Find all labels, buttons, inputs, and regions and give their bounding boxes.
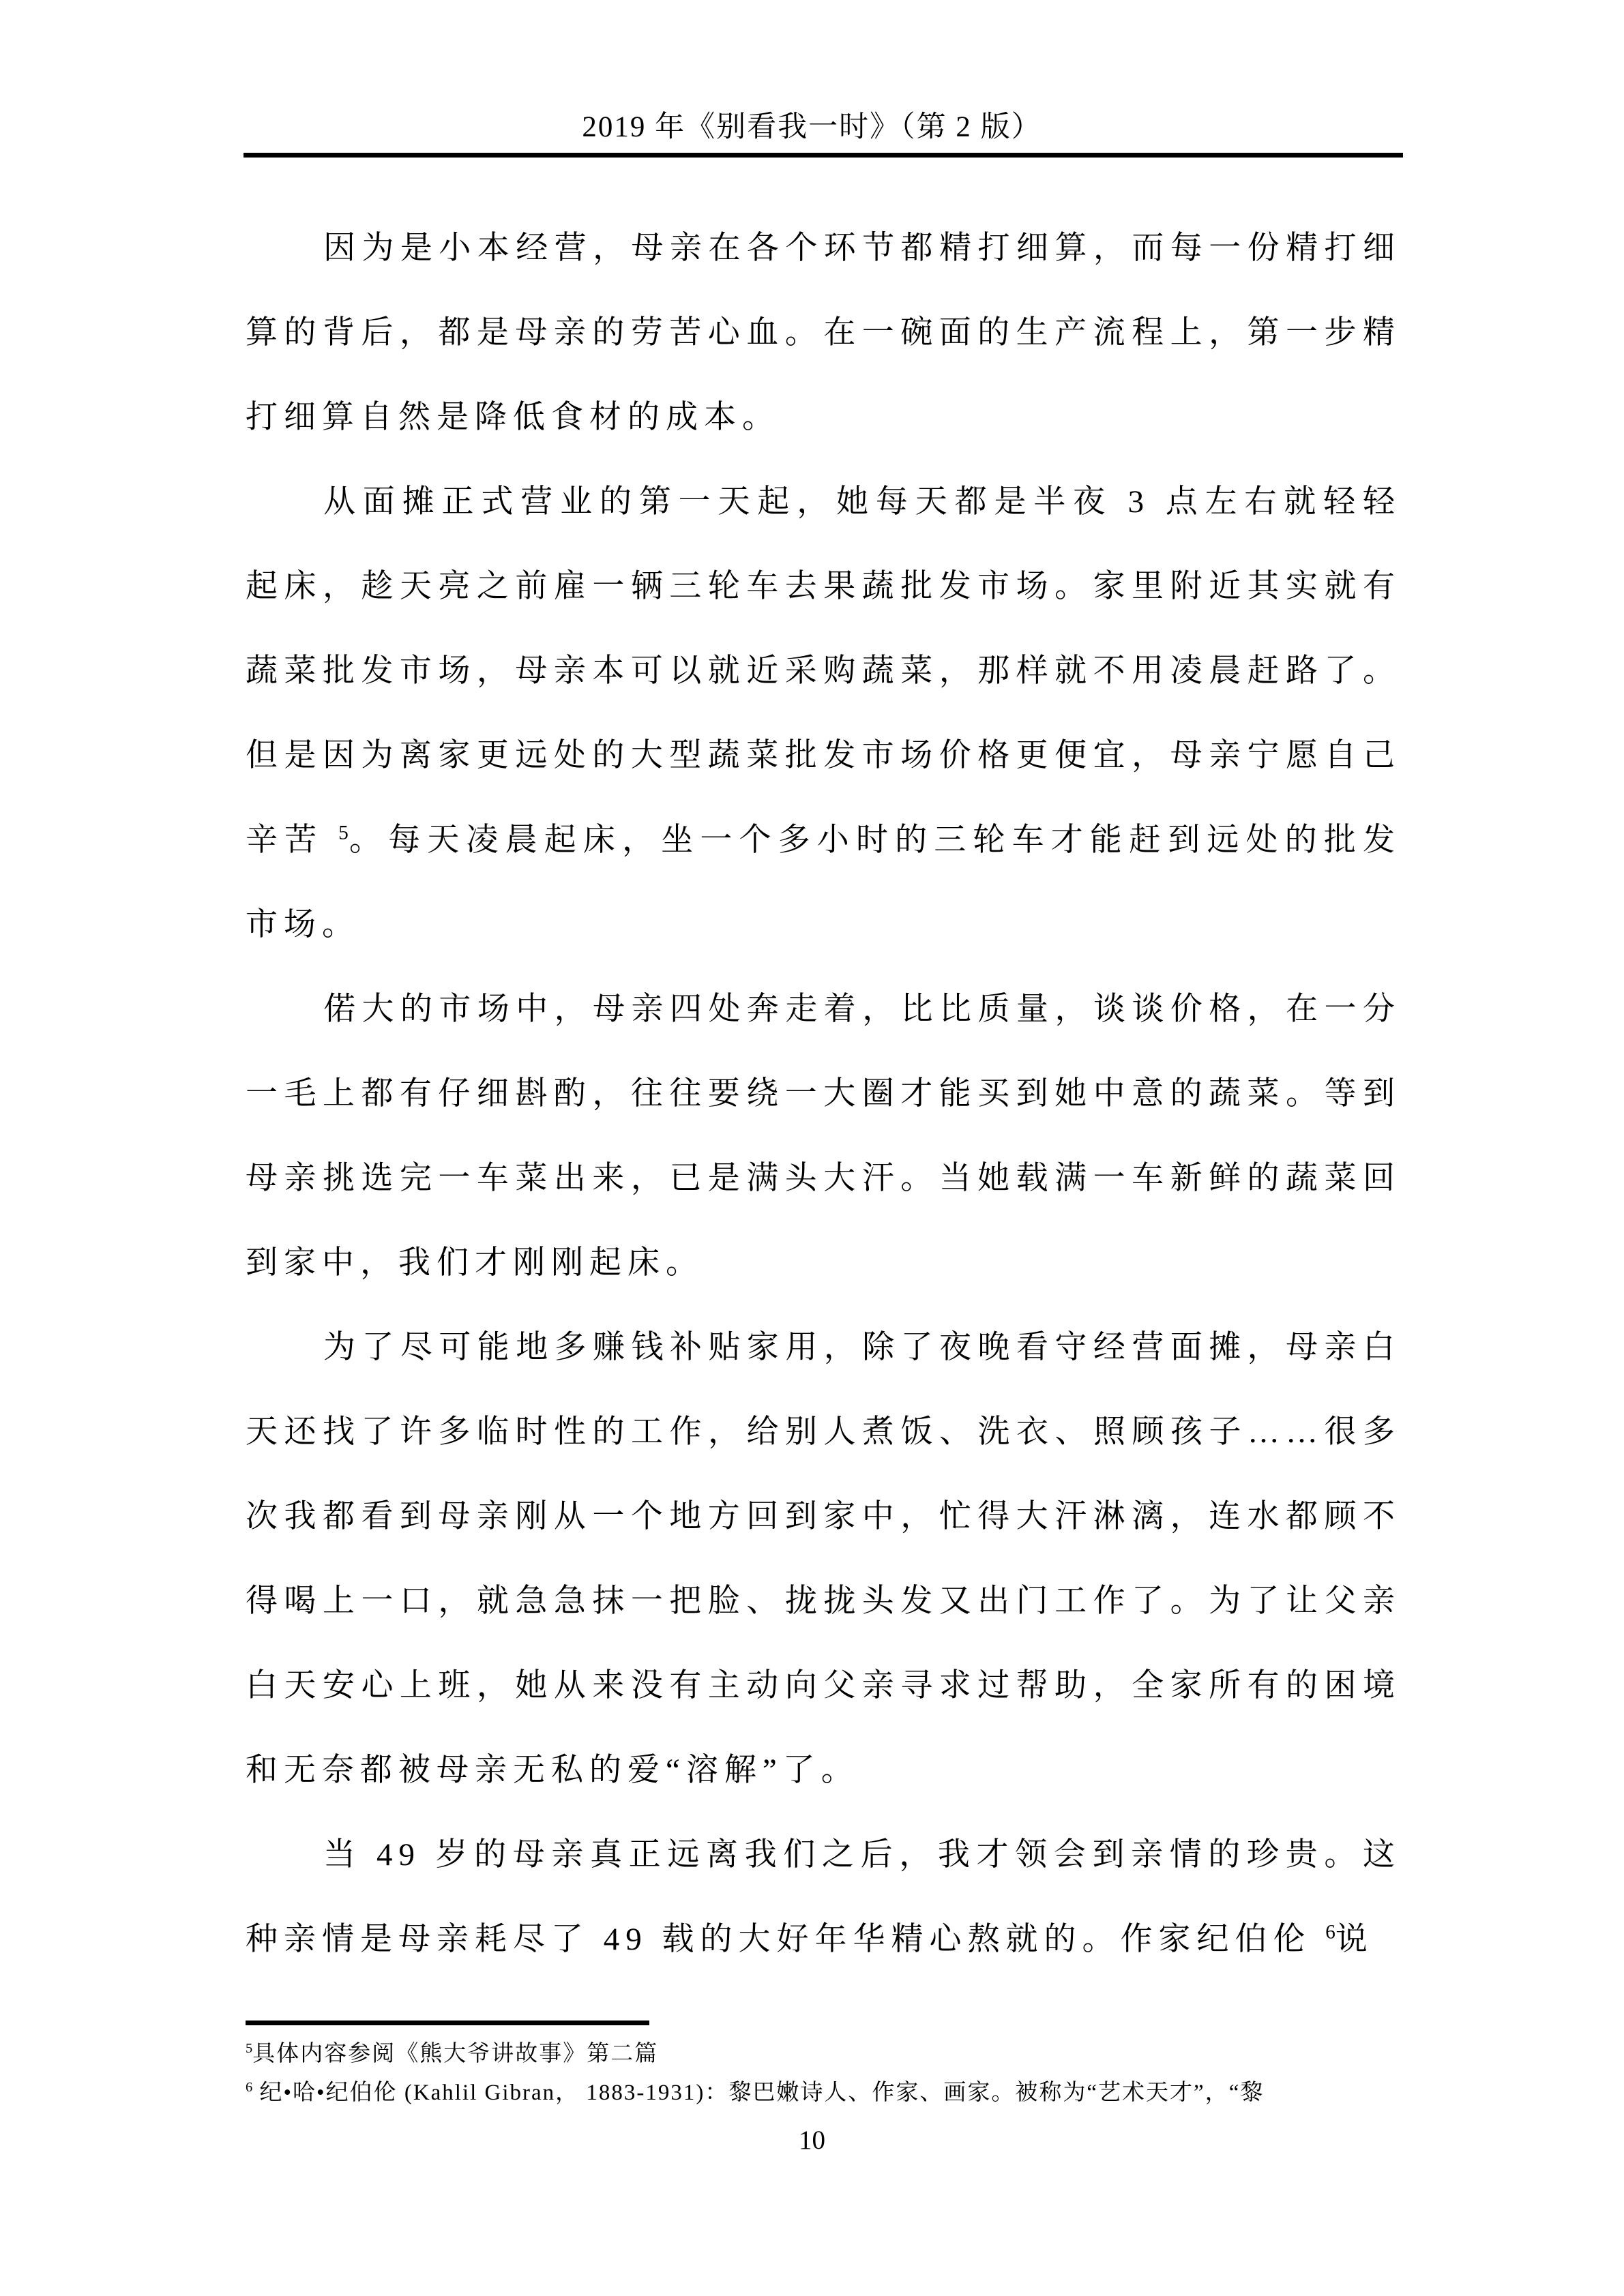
footnote-separator-rule xyxy=(246,2021,649,2025)
footnote-marker: 5 xyxy=(246,2041,252,2056)
paragraph: 从面摊正式营业的第一天起，她每天都是半夜 3 点左右就轻轻起床，趁天亮之前雇一辆… xyxy=(246,460,1401,967)
header-rule xyxy=(243,153,1403,158)
footnote-marker: 6 xyxy=(246,2080,252,2095)
footnote: 6 纪•哈•纪伯伦 (Kahlil Gibran， 1883-1931)：黎巴嫩… xyxy=(246,2074,1405,2113)
footnote: 5具体内容参阅《熊大爷讲故事》第二篇 xyxy=(246,2035,1405,2074)
page-header-title: 2019 年《别看我一时》（第 2 版） xyxy=(0,104,1624,145)
paragraph: 当 49 岁的母亲真正远离我们之后，我才领会到亲情的珍贵。这种亲情是母亲耗尽了 … xyxy=(246,1813,1401,1982)
paragraph: 因为是小本经营，母亲在各个环节都精打细算，而每一份精打细算的背后，都是母亲的劳苦… xyxy=(246,206,1401,460)
footnote-ref: 5 xyxy=(338,822,349,844)
paragraph: 偌大的市场中，母亲四处奔走着，比比质量，谈谈价格，在一分一毛上都有仔细斟酌，往往… xyxy=(246,967,1401,1305)
body-paragraphs: 因为是小本经营，母亲在各个环节都精打细算，而每一份精打细算的背后，都是母亲的劳苦… xyxy=(246,206,1401,1982)
footnote-ref: 6 xyxy=(1325,1921,1335,1943)
page-number: 10 xyxy=(0,2125,1624,2156)
paragraph: 为了尽可能地多赚钱补贴家用，除了夜晚看守经营面摊，母亲白天还找了许多临时性的工作… xyxy=(246,1305,1401,1813)
document-page: 2019 年《别看我一时》（第 2 版） 因为是小本经营，母亲在各个环节都精打细… xyxy=(0,0,1624,2296)
footnotes-section: 5具体内容参阅《熊大爷讲故事》第二篇6 纪•哈•纪伯伦 (Kahlil Gibr… xyxy=(246,2035,1405,2113)
